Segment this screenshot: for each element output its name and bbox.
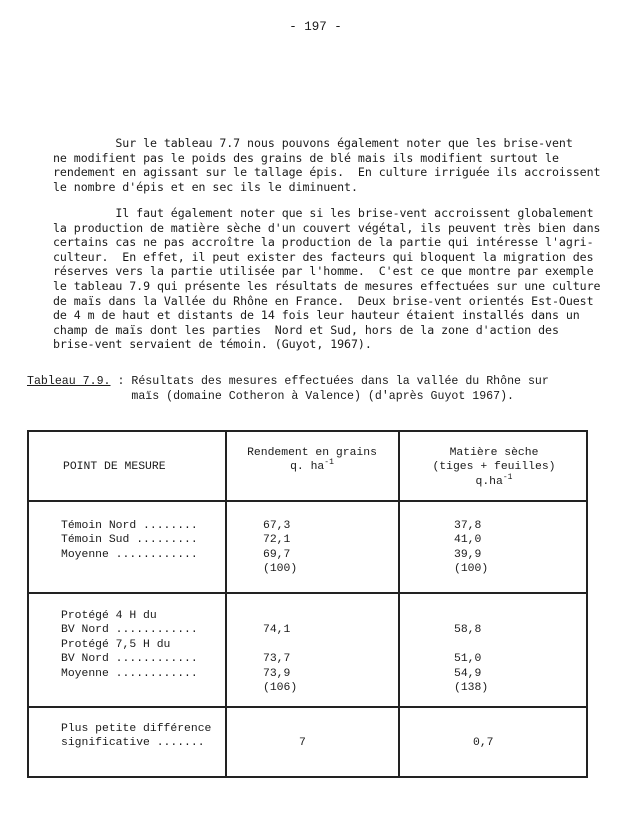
group-temoin-matiere: 37,8 41,0 39,9 (100) [454, 519, 488, 577]
header-matiere-unit: q.ha [476, 476, 503, 488]
group-ppds-matiere: 0,7 [473, 736, 494, 750]
table-caption-label: Tableau 7.9. [27, 375, 111, 388]
header-rendement: Rendement en grains q. ha-1 [227, 446, 397, 475]
row-divider [29, 706, 586, 708]
group-temoin-rendement: 67,3 72,1 69,7 (100) [263, 519, 297, 577]
header-matiere-seche: Matière sèche (tiges + feuilles) q.ha-1 [401, 446, 587, 489]
header-matiere-subtitle: (tiges + feuilles) [432, 461, 555, 473]
paragraph-2: Il faut également noter que si les brise… [53, 206, 593, 352]
header-matiere-title: Matière sèche [450, 447, 539, 459]
header-rendement-unit: q. ha [290, 461, 324, 473]
table-caption: Tableau 7.9. : Résultats des mesures eff… [27, 375, 549, 404]
group-protege-rendement: 74,1 73,7 73,9 (106) [263, 609, 297, 695]
column-divider [225, 432, 227, 776]
group-ppds-labels: Plus petite différence significative ...… [61, 722, 211, 751]
row-divider [29, 500, 586, 502]
group-temoin-labels: Témoin Nord ........ Témoin Sud ........… [61, 519, 198, 577]
paragraph-1: Sur le tableau 7.7 nous pouvons égalemen… [53, 136, 593, 194]
group-protege-labels: Protégé 4 H du BV Nord ............ Prot… [61, 609, 198, 695]
header-rendement-title: Rendement en grains [247, 447, 377, 459]
table-caption-line1: : Résultats des mesures effectuées dans … [111, 375, 549, 388]
header-point-de-mesure: POINT DE MESURE [63, 460, 166, 474]
header-rendement-exponent: -1 [324, 458, 334, 467]
group-ppds-rendement: 7 [299, 736, 306, 750]
table-caption-line2: maïs (domaine Cotheron à Valence) (d'apr… [27, 390, 514, 403]
row-divider [29, 592, 586, 594]
group-protege-matiere: 58,8 51,0 54,9 (138) [454, 609, 488, 695]
column-divider [398, 432, 400, 776]
header-matiere-exponent: -1 [503, 473, 513, 482]
results-table: POINT DE MESURE Rendement en grains q. h… [27, 430, 588, 778]
page-number: - 197 - [0, 20, 631, 34]
